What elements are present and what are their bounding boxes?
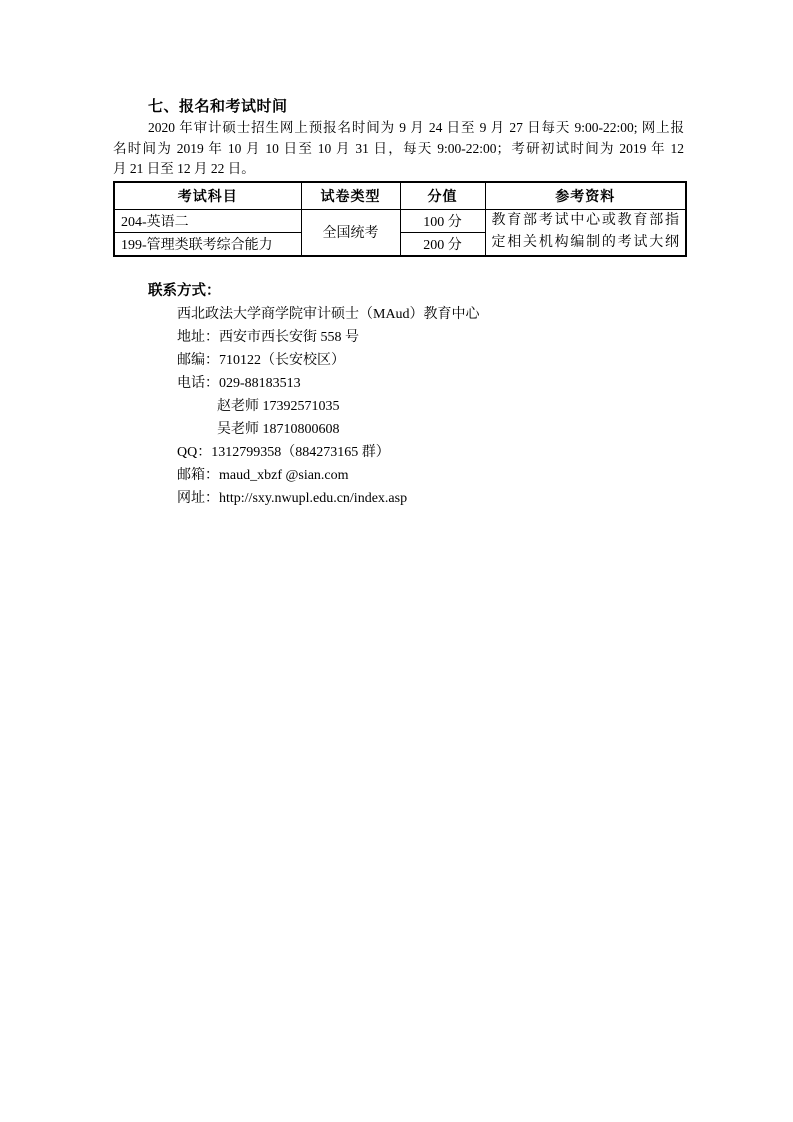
- header-exam-subject: 考试科目: [114, 182, 301, 210]
- header-paper-type: 试卷类型: [301, 182, 400, 210]
- header-score: 分值: [400, 182, 485, 210]
- paragraph-line: 名时间为 2019 年 10 月 10 日至 10 月 31 日，每天 9:00…: [113, 139, 684, 160]
- score-cell: 100 分: [400, 210, 485, 233]
- paragraph-line: 2020 年审计硕士招生网上预报名时间为 9 月 24 日至 9 月 27 日每…: [113, 118, 684, 139]
- document-content: 七、报名和考试时间 2020 年审计硕士招生网上预报名时间为 9 月 24 日至…: [113, 97, 684, 510]
- reference-cell: 教育部考试中心或教育部指 定相关机构编制的考试大纲: [485, 210, 686, 256]
- document-page: 七、报名和考试时间 2020 年审计硕士招生网上预报名时间为 9 月 24 日至…: [0, 0, 793, 1122]
- contact-qq: QQ：1312799358（884273165 群）: [177, 441, 684, 464]
- paragraph-line: 月 21 日至 12 月 22 日。: [113, 159, 684, 180]
- table-row: 204-英语二 全国统考 100 分 教育部考试中心或教育部指 定相关机构编制的…: [114, 210, 686, 233]
- score-cell: 200 分: [400, 233, 485, 256]
- contact-phone: 电话：029-88183513: [177, 372, 684, 395]
- table-header-row: 考试科目 试卷类型 分值 参考资料: [114, 182, 686, 210]
- contact-address: 地址：西安市西长安街 558 号: [177, 326, 684, 349]
- contact-website: 网址：http://sxy.nwupl.edu.cn/index.asp: [177, 487, 684, 510]
- header-reference: 参考资料: [485, 182, 686, 210]
- contact-section: 联系方式： 西北政法大学商学院审计硕士（MAud）教育中心 地址：西安市西长安街…: [113, 280, 684, 510]
- subject-cell: 204-英语二: [114, 210, 301, 233]
- contact-heading: 联系方式：: [148, 280, 684, 303]
- exam-subjects-table: 考试科目 试卷类型 分值 参考资料 204-英语二 全国统考 100 分 教育部…: [113, 181, 687, 257]
- contact-center-name: 西北政法大学商学院审计硕士（MAud）教育中心: [177, 303, 684, 326]
- paper-type-cell: 全国统考: [301, 210, 400, 256]
- subject-cell: 199-管理类联考综合能力: [114, 233, 301, 256]
- contact-postcode: 邮编：710122（长安校区）: [177, 349, 684, 372]
- section-heading: 七、报名和考试时间: [148, 97, 684, 118]
- reference-line: 定相关机构编制的考试大纲: [492, 232, 680, 254]
- registration-paragraph: 2020 年审计硕士招生网上预报名时间为 9 月 24 日至 9 月 27 日每…: [113, 118, 684, 180]
- contact-teacher-zhao: 赵老师 17392571035: [217, 395, 684, 418]
- contact-email: 邮箱：maud_xbzf @sian.com: [177, 464, 684, 487]
- reference-line: 教育部考试中心或教育部指: [492, 210, 680, 232]
- contact-teacher-wu: 吴老师 18710800608: [217, 418, 684, 441]
